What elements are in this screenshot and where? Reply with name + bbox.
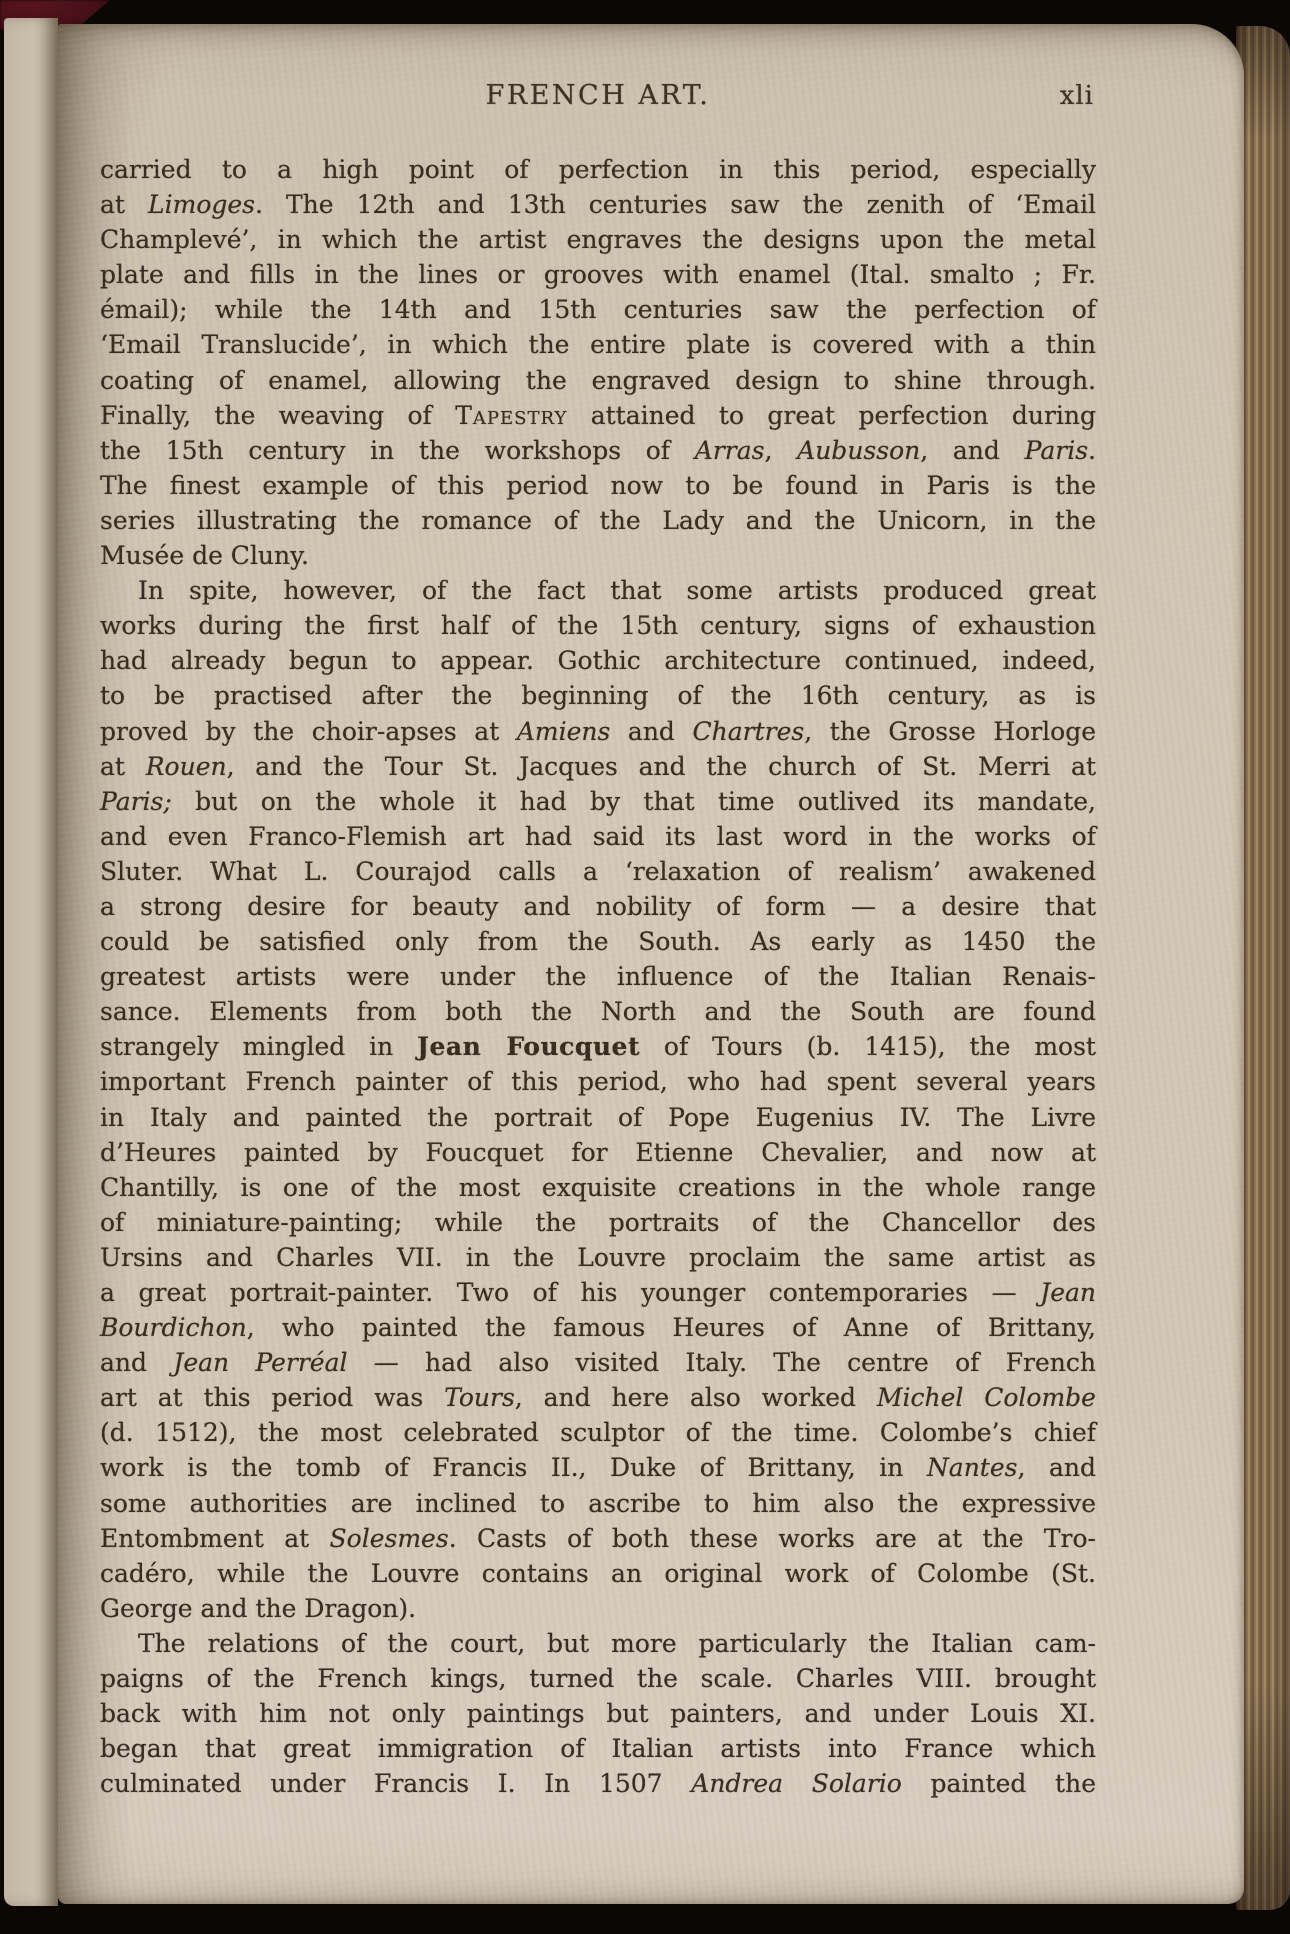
text-line: the 15th century in the workshops of Arr… [100,433,1096,468]
text-line: The relations of the court, but more par… [100,1626,1096,1661]
text-line: greatest artists were under the influenc… [100,959,1096,994]
text-segment: important French painter of this period,… [100,1067,1096,1096]
text-line: carried to a high point of perfection in… [100,152,1096,187]
text-line: some authorities are inclined to ascribe… [100,1486,1096,1521]
text-segment: d’Heures painted by Foucquet for Etienne… [100,1138,1096,1167]
text-segment: Nantes [927,1453,1018,1482]
text-segment: proved by the choir-apses at [100,717,517,746]
facing-page-edge [4,18,58,1906]
text-segment: Michel Colombe [877,1383,1096,1412]
text-segment: of Tours (b. 1415), the most [640,1032,1096,1061]
text-segment: The finest example of this period now to… [100,471,1096,500]
text-segment: sance. Elements from both the North and … [100,997,1096,1026]
text-segment: back with him not only paintings but pai… [100,1699,1096,1728]
text-segment: Andrea Solario [691,1769,902,1798]
text-line: art at this period was Tours, and here a… [100,1380,1096,1415]
text-segment: painted the [902,1769,1096,1798]
text-line: and even Franco-Flemish art had said its… [100,819,1096,854]
text-line: works during the first half of the 15th … [100,608,1096,643]
text-segment: Jean Foucquet [417,1032,640,1061]
text-line: at Rouen, and the Tour St. Jacques and t… [100,749,1096,784]
text-line: sance. Elements from both the North and … [100,994,1096,1029]
text-segment: Sluter. What L. Courajod calls a ‘relaxa… [100,857,1096,886]
text-segment: a strong desire for beauty and nobility … [100,892,1096,921]
text-segment: . [1088,436,1096,465]
text-segment: Arras [695,436,765,465]
text-line: Bourdichon, who painted the famous Heure… [100,1310,1096,1345]
text-segment: Finally, the weaving of [100,401,455,430]
text-line: Chantilly, is one of the most exquisite … [100,1170,1096,1205]
text-segment: series illustrating the romance of the L… [100,506,1096,535]
text-segment: ‘Email Translucide’, in which the entire… [100,330,1096,359]
text-segment: and [100,1348,173,1377]
text-segment: Chantilly, is one of the most exquisite … [100,1173,1096,1202]
text-line: proved by the choir-apses at Amiens and … [100,714,1096,749]
text-segment: the 15th century in the workshops of [100,436,695,465]
text-line: ‘Email Translucide’, in which the entire… [100,327,1096,362]
text-line: coating of enamel, allowing the engraved… [100,363,1096,398]
text-line: Finally, the weaving of Tapestry attaine… [100,398,1096,433]
text-segment: The relations of the court, but more par… [138,1629,1096,1658]
text-segment: , who painted the famous Heures of Anne … [247,1313,1096,1342]
text-segment: In spite, however, of the fact that some… [138,576,1096,605]
text-segment: (d. 1512), the most celebrated sculptor … [100,1418,1096,1447]
text-segment: but on the whole it had by that time out… [172,787,1096,816]
text-segment: and even Franco-Flemish art had said its… [100,822,1096,851]
text-line: a strong desire for beauty and nobility … [100,889,1096,924]
text-segment: Paris; [100,787,172,816]
photo-background: FRENCH ART. xli carried to a high point … [0,0,1290,1934]
text-segment: in Italy and painted the portrait of Pop… [100,1103,1096,1132]
text-segment: Chartres [693,717,805,746]
text-segment: some authorities are inclined to ascribe… [100,1489,1096,1518]
text-segment: plate and fills in the lines or grooves … [100,260,1096,289]
book-fore-edge [1236,26,1290,1910]
text-segment: , and the Tour St. Jacques and the churc… [227,752,1096,781]
text-segment: Amiens [517,717,610,746]
text-segment: at [100,752,146,781]
text-line: culminated under Francis I. In 1507 Andr… [100,1766,1096,1801]
text-line: In spite, however, of the fact that some… [100,573,1096,608]
text-line: important French painter of this period,… [100,1064,1096,1099]
text-segment: to be practised after the beginning of t… [100,681,1096,710]
text-segment: of miniature-painting; while the portrai… [100,1208,1096,1237]
text-segment: émail); while the 14th and 15th centurie… [100,295,1096,324]
text-segment: . Casts of both these works are at the T… [449,1524,1096,1553]
text-line: of miniature-painting; while the portrai… [100,1205,1096,1240]
text-line: could be satisfied only from the South. … [100,924,1096,959]
text-segment: Tours [444,1383,515,1412]
text-segment: Rouen [146,752,227,781]
text-line: a great portrait-painter. Two of his you… [100,1275,1096,1310]
text-line: at Limoges. The 12th and 13th centuries … [100,187,1096,222]
text-segment: greatest artists were under the influenc… [100,962,1096,991]
text-line: in Italy and painted the portrait of Pop… [100,1100,1096,1135]
text-line: plate and fills in the lines or grooves … [100,257,1096,292]
text-segment: Paris [1025,436,1088,465]
text-line: The finest example of this period now to… [100,468,1096,503]
text-line: work is the tomb of Francis II., Duke of… [100,1450,1096,1485]
text-segment: , the Grosse Horloge [804,717,1096,746]
book-page: FRENCH ART. xli carried to a high point … [58,24,1244,1904]
text-line: d’Heures painted by Foucquet for Etienne… [100,1135,1096,1170]
text-line: paigns of the French kings, turned the s… [100,1661,1096,1696]
text-segment: — had also visited Italy. The centre of … [348,1348,1097,1377]
text-line: Entombment at Solesmes. Casts of both th… [100,1521,1096,1556]
text-line: back with him not only paintings but pai… [100,1696,1096,1731]
text-segment: art at this period was [100,1383,444,1412]
text-segment: Ursins and Charles VII. in the Louvre pr… [100,1243,1096,1272]
text-segment: coating of enamel, allowing the engraved… [100,366,1096,395]
text-segment: , and [920,436,1024,465]
text-segment: Bourdichon [100,1313,247,1342]
text-line: began that great immigration of Italian … [100,1731,1096,1766]
text-line: Paris; but on the whole it had by that t… [100,784,1096,819]
text-line: Champlevé’, in which the artist engraves… [100,222,1096,257]
text-segment: Champlevé’, in which the artist engraves… [100,225,1096,254]
text-segment: began that great immigration of Italian … [100,1734,1096,1763]
text-segment: Jean [1040,1278,1096,1307]
text-line: Sluter. What L. Courajod calls a ‘relaxa… [100,854,1096,889]
text-segment: George and the Dragon). [100,1594,416,1623]
page-body-text: carried to a high point of perfection in… [100,152,1096,1801]
text-line: émail); while the 14th and 15th centurie… [100,292,1096,327]
text-segment: Entombment at [100,1524,330,1553]
text-segment: culminated under Francis I. In 1507 [100,1769,691,1798]
text-segment: , and here also worked [515,1383,877,1412]
text-segment: strangely mingled in [100,1032,417,1061]
text-segment: paigns of the French kings, turned the s… [100,1664,1096,1693]
text-line: to be practised after the beginning of t… [100,678,1096,713]
text-line: (d. 1512), the most celebrated sculptor … [100,1415,1096,1450]
page-number: xli [1060,81,1094,111]
text-segment: and [610,717,692,746]
text-line: cadéro, while the Louvre contains an ori… [100,1556,1096,1591]
text-segment: Tapestry [455,401,567,430]
page-header: FRENCH ART. xli [100,80,1096,114]
text-segment: at [100,190,148,219]
text-segment: Jean Perréal [173,1348,347,1377]
text-line: series illustrating the romance of the L… [100,503,1096,538]
page-header-title: FRENCH ART. [100,80,1096,111]
text-line: had already begun to appear. Gothic arch… [100,643,1096,678]
text-segment: carried to a high point of perfection in… [100,155,1096,184]
text-segment: works during the first half of the 15th … [100,611,1096,640]
text-segment: work is the tomb of Francis II., Duke of… [100,1453,927,1482]
text-segment: cadéro, while the Louvre contains an ori… [100,1559,1096,1588]
text-segment: , [764,436,797,465]
text-segment: , and [1017,1453,1096,1482]
text-line: and Jean Perréal — had also visited Ital… [100,1345,1096,1380]
text-segment: Musée de Cluny. [100,541,309,570]
text-segment: a great portrait-painter. Two of his you… [100,1278,1040,1307]
text-segment: Solesmes [330,1524,449,1553]
text-line: Ursins and Charles VII. in the Louvre pr… [100,1240,1096,1275]
text-segment: had already begun to appear. Gothic arch… [100,646,1096,675]
text-segment: . The 12th and 13th centuries saw the ze… [255,190,1096,219]
text-line: strangely mingled in Jean Foucquet of To… [100,1029,1096,1064]
text-segment: Aubusson [797,436,920,465]
text-segment: could be satisfied only from the South. … [100,927,1096,956]
text-segment: Limoges [148,190,255,219]
text-segment: attained to great perfection during [567,401,1096,430]
